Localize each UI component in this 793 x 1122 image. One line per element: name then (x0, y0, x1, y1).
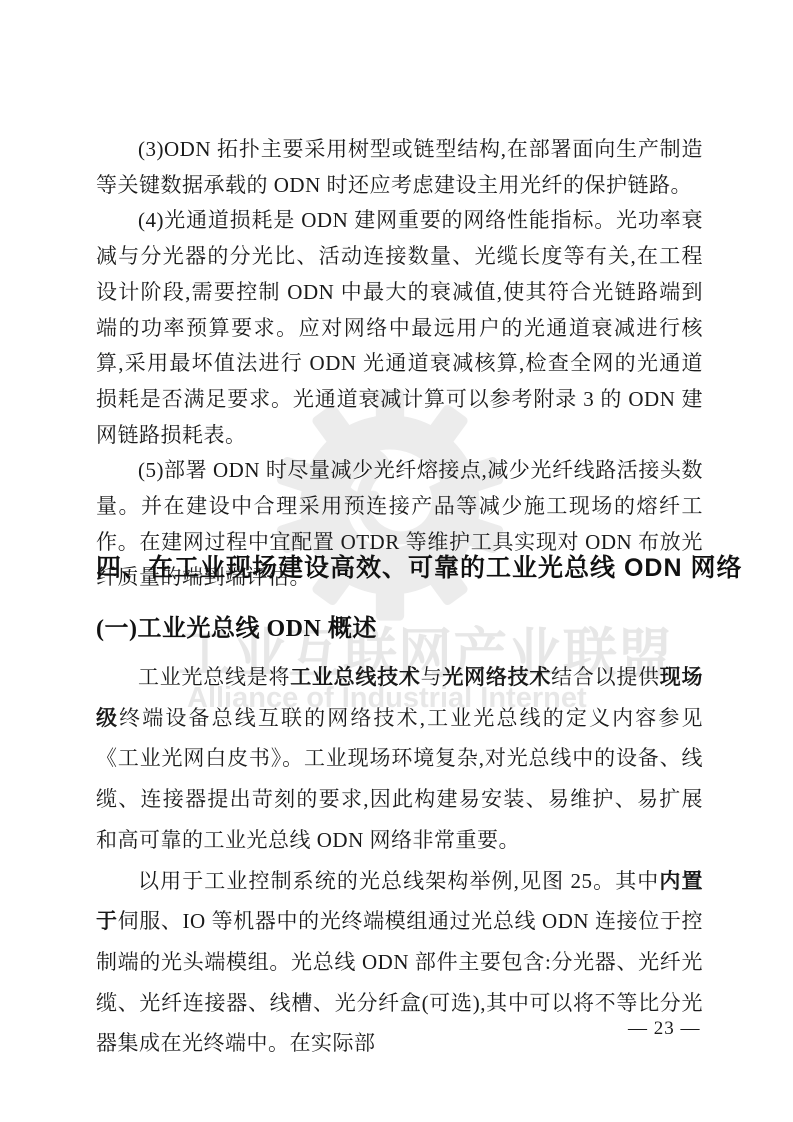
bold-text-run: 光网络技术 (442, 665, 551, 689)
body-block-bottom: 工业光总线是将工业总线技术与光网络技术结合以提供现场级终端设备总线互联的网络技术… (96, 657, 703, 1064)
text-run: (4)光通道损耗是 ODN 建网重要的网络性能指标。光功率衰减与分光器的分光比、… (96, 208, 703, 446)
page-content: (3)ODN 拓扑主要采用树型或链型结构,在部署面向生产制造等关键数据承载的 O… (0, 0, 793, 1122)
text-run: 与 (421, 665, 443, 689)
text-run: 伺服、IO 等机器中的光终端模组通过光总线 ODN 连接位于控制端的光头端模组。… (96, 909, 703, 1055)
text-run: 工业光总线是将 (138, 665, 290, 689)
text-run: 结合以提供 (551, 665, 660, 689)
text-run: 以用于工业控制系统的光总线架构举例,见图 25。其中 (138, 869, 659, 893)
paragraph-optical-bus-intro: 工业光总线是将工业总线技术与光网络技术结合以提供现场级终端设备总线互联的网络技术… (96, 657, 703, 861)
body-block-top: (3)ODN 拓扑主要采用树型或链型结构,在部署面向生产制造等关键数据承载的 O… (96, 132, 703, 596)
section-heading: (一)工业光总线 ODN 概述 (96, 614, 696, 645)
paragraph-optical-bus-architecture: 以用于工业控制系统的光总线架构举例,见图 25。其中内置于伺服、IO 等机器中的… (96, 861, 703, 1065)
chapter-heading: 四、在工业现场建设高效、可靠的工业光总线 ODN 网络 (96, 552, 736, 584)
document-page: 工业互联网产业联盟 Alliance of Industrial Interne… (0, 0, 793, 1122)
text-run: (3)ODN 拓扑主要采用树型或链型结构,在部署面向生产制造等关键数据承载的 O… (96, 137, 703, 197)
paragraph-optical-path-loss: (4)光通道损耗是 ODN 建网重要的网络性能指标。光功率衰减与分光器的分光比、… (96, 203, 703, 453)
bold-text-run: 工业总线技术 (290, 665, 420, 689)
page-number: — 23 — (628, 1016, 748, 1041)
paragraph-odn-topology: (3)ODN 拓扑主要采用树型或链型结构,在部署面向生产制造等关键数据承载的 O… (96, 132, 703, 203)
text-run: 终端设备总线互联的网络技术,工业光总线的定义内容参见《工业光网白皮书》。工业现场… (96, 706, 703, 852)
